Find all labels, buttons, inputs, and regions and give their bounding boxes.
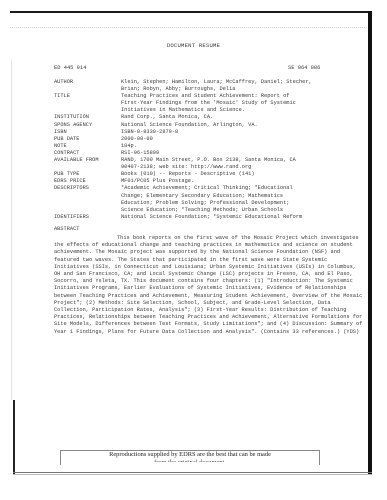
field-label: INSTITUTION [54,114,121,121]
field-value: Books (010) -- Reports - Descriptive (14… [121,171,364,178]
field-value: National Science Foundation, Arlington, … [121,122,364,129]
field-label: AVAILABLE FROM [54,157,121,171]
left-border-faint [11,60,12,400]
abstract-heading: ABSTRACT [54,226,79,232]
field-value: Teaching Practices and Student Achieveme… [121,93,364,114]
field-spons-agency: SPONS AGENCY National Science Foundation… [54,122,364,129]
field-label: CONTRACT [54,150,121,157]
field-label: ISBN [54,129,121,136]
field-available-from: AVAILABLE FROM RAND, 1700 Main Street, P… [54,157,364,171]
field-value: RSI-96-15809 [121,150,364,157]
ed-number: ED 445 914 [54,65,86,71]
se-number: SE 064 086 [288,65,320,71]
right-border-rule [368,11,372,475]
field-label: DESCRIPTORS [54,185,121,213]
field-label: AUTHOR [54,79,121,93]
field-title: TITLE Teaching Practices and Student Ach… [54,93,364,114]
field-value: RAND, 1700 Main Street, P.O. Box 2138, S… [121,157,364,171]
field-value: 104p. [121,143,364,150]
field-value: Rand Corp., Santa Monica, CA. [121,114,364,121]
top-border-rule [10,11,368,13]
reproduction-notice-continued: from the original document. [60,459,320,462]
field-identifiers: IDENTIFIERS National Science Foundation;… [54,214,364,221]
field-isbn: ISBN ISBN-0-8330-2879-8 [54,129,364,136]
field-author: AUTHOR Klein, Stephen; Hamilton, Laura; … [54,79,364,93]
bottom-border-rule-faint [13,474,372,475]
field-pub-date: PUB DATE 2000-00-00 [54,136,364,143]
field-contract: CONTRACT RSI-96-15809 [54,150,364,157]
abstract-body: This book reports on the first wave of t… [54,235,364,336]
reproduction-notice: Reproductions supplied by EDRS are the b… [60,451,320,458]
field-value: National Science Foundation; *Systemic E… [121,214,364,221]
field-label: NOTE [54,143,121,150]
field-value: MF01/PC05 Plus Postage. [121,178,364,185]
field-label: IDENTIFIERS [54,214,121,221]
left-border-rule [13,400,15,475]
field-label: PUB TYPE [54,171,121,178]
metadata-fields: AUTHOR Klein, Stephen; Hamilton, Laura; … [54,79,364,221]
field-pub-type: PUB TYPE Books (010) -- Reports - Descri… [54,171,364,178]
field-label: TITLE [54,93,121,114]
field-edrs-price: EDRS PRICE MF01/PC05 Plus Postage. [54,178,364,185]
field-descriptors: DESCRIPTORS *Academic Achievement; Criti… [54,185,364,213]
field-label: SPONS AGENCY [54,122,121,129]
field-value: ISBN-0-8330-2879-8 [121,129,364,136]
field-value: 2000-00-00 [121,136,364,143]
field-institution: INSTITUTION Rand Corp., Santa Monica, CA… [54,114,364,121]
field-value: Klein, Stephen; Hamilton, Laura; McCaffr… [121,79,364,93]
scan-noise-line [10,27,365,29]
bottom-border-rule [13,472,372,473]
field-label: PUB DATE [54,136,121,143]
field-note: NOTE 104p. [54,143,364,150]
field-value: *Academic Achievement; Critical Thinking… [121,185,364,213]
field-label: EDRS PRICE [54,178,121,185]
document-title: DOCUMENT RESUME [0,42,387,49]
